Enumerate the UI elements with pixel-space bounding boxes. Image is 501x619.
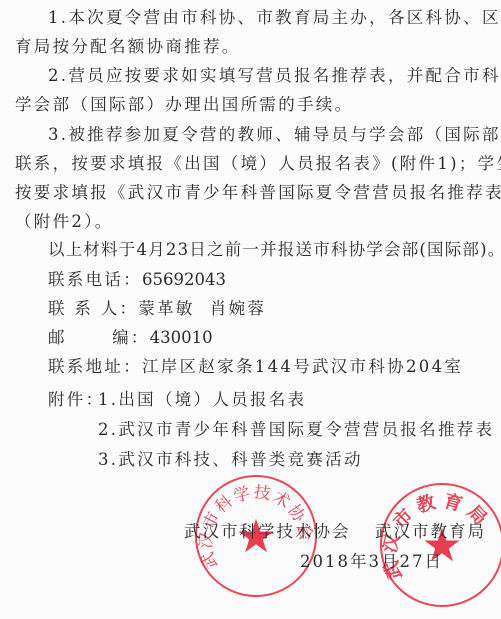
attachment-item-3: 3.武汉市科技、科普类竞赛活动 xyxy=(98,450,363,470)
paragraph-3-line-2: 联系，按要求填报《出国（境）人员报名表》(附件1)；学生 xyxy=(15,154,501,174)
contact-person-label: 联 系 人： xyxy=(48,299,138,318)
contact-zip-label: 邮 编： xyxy=(48,328,150,347)
contact-phone: 联系电话：65692043 xyxy=(48,270,226,290)
signature-org-education-bureau: 武汉市教育局 xyxy=(375,522,486,542)
contact-phone-value: 65692043 xyxy=(142,270,226,289)
attachment-item-1: 1.出国（境）人员报名表 xyxy=(98,390,306,410)
attachments-label: 附件： xyxy=(48,390,104,410)
paragraph-2-line-1: 2.营员应按要求如实填写营员报名推荐表，并配合市科协 xyxy=(48,66,501,86)
contact-person: 联 系 人：蒙革敏 肖婉蓉 xyxy=(48,299,266,319)
submission-deadline-line: 以上材料于4月23日之前一并报送市科协学会部(国际部)。 xyxy=(48,240,501,260)
attachment-item-2: 2.武汉市青少年科普国际夏令营营员报名推荐表 xyxy=(98,420,494,440)
paragraph-2-line-2: 学会部（国际部）办理出国所需的手续。 xyxy=(15,95,353,115)
signature-date: 2018年3月27日 xyxy=(300,552,443,572)
paragraph-3-line-4: （附件2）。 xyxy=(15,212,114,232)
contact-phone-label: 联系电话： xyxy=(48,270,142,289)
signature-org-science-association: 武汉市科学技术协会 xyxy=(184,522,351,542)
paragraph-1-line-2: 育局按分配名额协商推荐。 xyxy=(15,37,241,57)
contact-address-value: 江岸区赵家条144号武汉市科协204室 xyxy=(142,357,463,376)
contact-zip-value: 430010 xyxy=(150,328,213,347)
contact-address-label: 联系地址： xyxy=(48,357,142,376)
contact-person-value: 蒙革敏 肖婉蓉 xyxy=(138,299,266,318)
paragraph-3-line-3: 按要求填报《武汉市青少年科普国际夏令营营员报名推荐表》 xyxy=(15,183,501,203)
stamp-education-bureau: 武汉市教育局 ★ xyxy=(380,483,501,607)
paragraph-3-line-1: 3.被推荐参加夏令营的教师、辅导员与学会部（国际部） xyxy=(48,125,501,145)
contact-zip: 邮 编：430010 xyxy=(48,328,213,348)
paragraph-1-line-1: 1.本次夏令营由市科协、市教育局主办，各区科协、区教 xyxy=(48,8,501,28)
contact-address: 联系地址：江岸区赵家条144号武汉市科协204室 xyxy=(48,357,463,377)
